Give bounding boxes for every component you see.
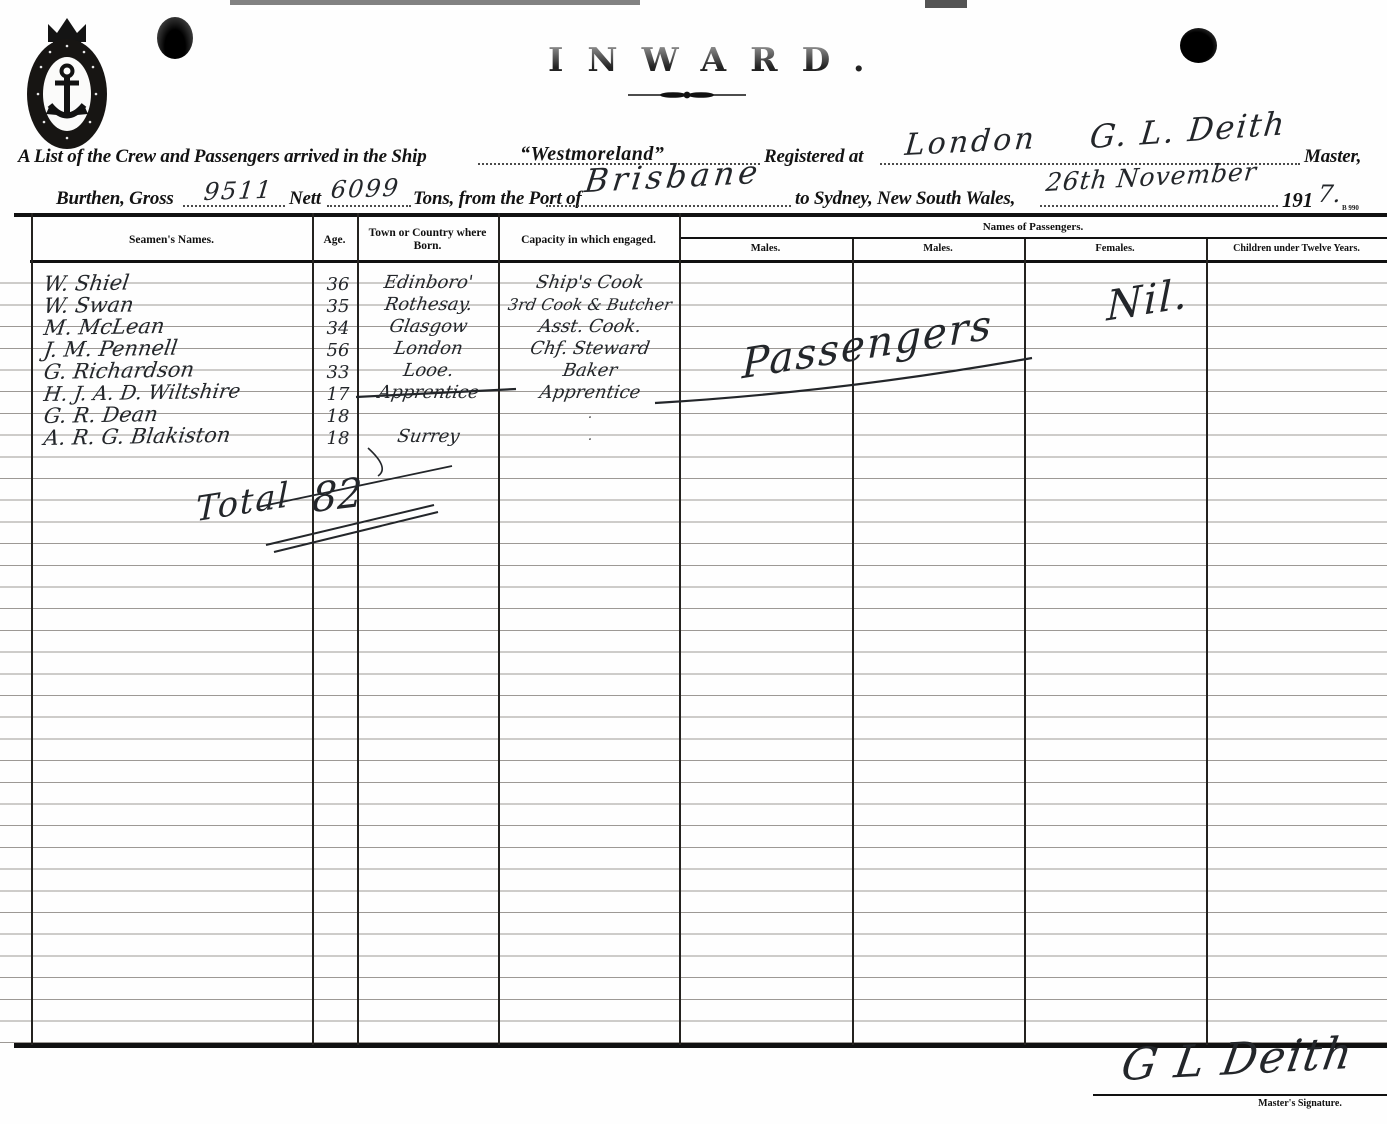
year-printed: 191 <box>1282 188 1313 213</box>
registered-at-value: London <box>903 121 1038 163</box>
signature-line <box>1093 1094 1387 1096</box>
form-code: B 990 <box>1342 204 1359 212</box>
year-written: 7. <box>1317 180 1343 208</box>
table-top-border <box>14 213 1387 217</box>
col-header-seamen: Seamen's Names. <box>31 234 312 247</box>
crew-born: Rothesay. <box>360 294 496 315</box>
signature-label: Master's Signature. <box>1240 1098 1360 1110</box>
crew-capacity: Apprentice <box>501 382 678 403</box>
col-divider <box>1206 239 1208 1045</box>
crew-age: 33 <box>318 362 358 383</box>
scan-artifact <box>230 0 640 5</box>
nett-label: Nett <box>289 188 321 210</box>
destination-label: to Sydney, New South Wales, <box>795 188 1015 210</box>
crew-capacity: Asst. Cook. <box>501 316 678 337</box>
col-header-born: Town or Country where Born. <box>362 227 493 253</box>
crew-capacity: Chf. Steward <box>501 338 678 359</box>
crew-total-value: 82 <box>312 470 363 523</box>
anchor-crest-icon <box>26 12 108 150</box>
crew-age: 17 <box>318 384 358 405</box>
crew-born: Glasgow <box>360 316 496 337</box>
crew-age: 36 <box>318 274 358 295</box>
page-title: INWARD. <box>548 40 889 79</box>
col-divider <box>498 213 500 1045</box>
crew-age: 35 <box>318 296 358 317</box>
col-header-capacity: Capacity in which engaged. <box>498 234 679 247</box>
title-divider <box>628 88 746 102</box>
col-divider <box>1024 239 1026 1045</box>
col-divider <box>312 213 314 1045</box>
punch-hole <box>157 17 193 59</box>
crew-capacity: 3rd Cook & Butcher <box>501 295 678 314</box>
passengers-header: Names of Passengers. <box>679 221 1387 234</box>
gross-tonnage: 9511 <box>203 176 275 207</box>
crew-age: 34 <box>318 318 358 339</box>
crew-born: Edinboro' <box>360 272 496 293</box>
ship-manifest-document: INWARD. A List of the Crew and Passenger… <box>0 0 1387 1124</box>
table-left-border <box>31 213 33 1045</box>
col-header-children: Children under Twelve Years. <box>1206 243 1387 255</box>
crew-age: 18 <box>318 428 358 449</box>
crew-born-struck: Apprentice <box>360 382 496 403</box>
passengers-header-underline <box>679 237 1387 239</box>
crew-born: Surrey <box>360 426 496 447</box>
crew-born: Looe. <box>360 360 496 381</box>
registered-at-label: Registered at <box>764 146 863 168</box>
crew-capacity-ditto: . <box>503 406 677 422</box>
crew-age: 56 <box>318 340 358 361</box>
list-intro-label: A List of the Crew and Passengers arrive… <box>18 146 427 168</box>
crew-capacity: Ship's Cook <box>501 272 678 293</box>
scan-artifact <box>925 0 967 8</box>
col-header-age: Age. <box>312 234 357 247</box>
master-label: Master, <box>1304 146 1361 168</box>
col-header-males-2: Males. <box>852 243 1024 255</box>
nett-tonnage: 6099 <box>330 174 402 205</box>
col-divider <box>679 213 681 1045</box>
col-header-females: Females. <box>1024 243 1206 255</box>
crew-born: London <box>360 338 496 359</box>
col-header-males-1: Males. <box>679 243 852 255</box>
punch-hole <box>1180 28 1217 63</box>
burthen-label: Burthen, Gross <box>56 188 174 210</box>
crew-capacity: Baker <box>501 360 678 381</box>
crew-capacity-ditto: . <box>503 428 677 444</box>
crew-name: A. R. G. Blakiston <box>42 423 232 450</box>
crew-age: 18 <box>318 406 358 427</box>
